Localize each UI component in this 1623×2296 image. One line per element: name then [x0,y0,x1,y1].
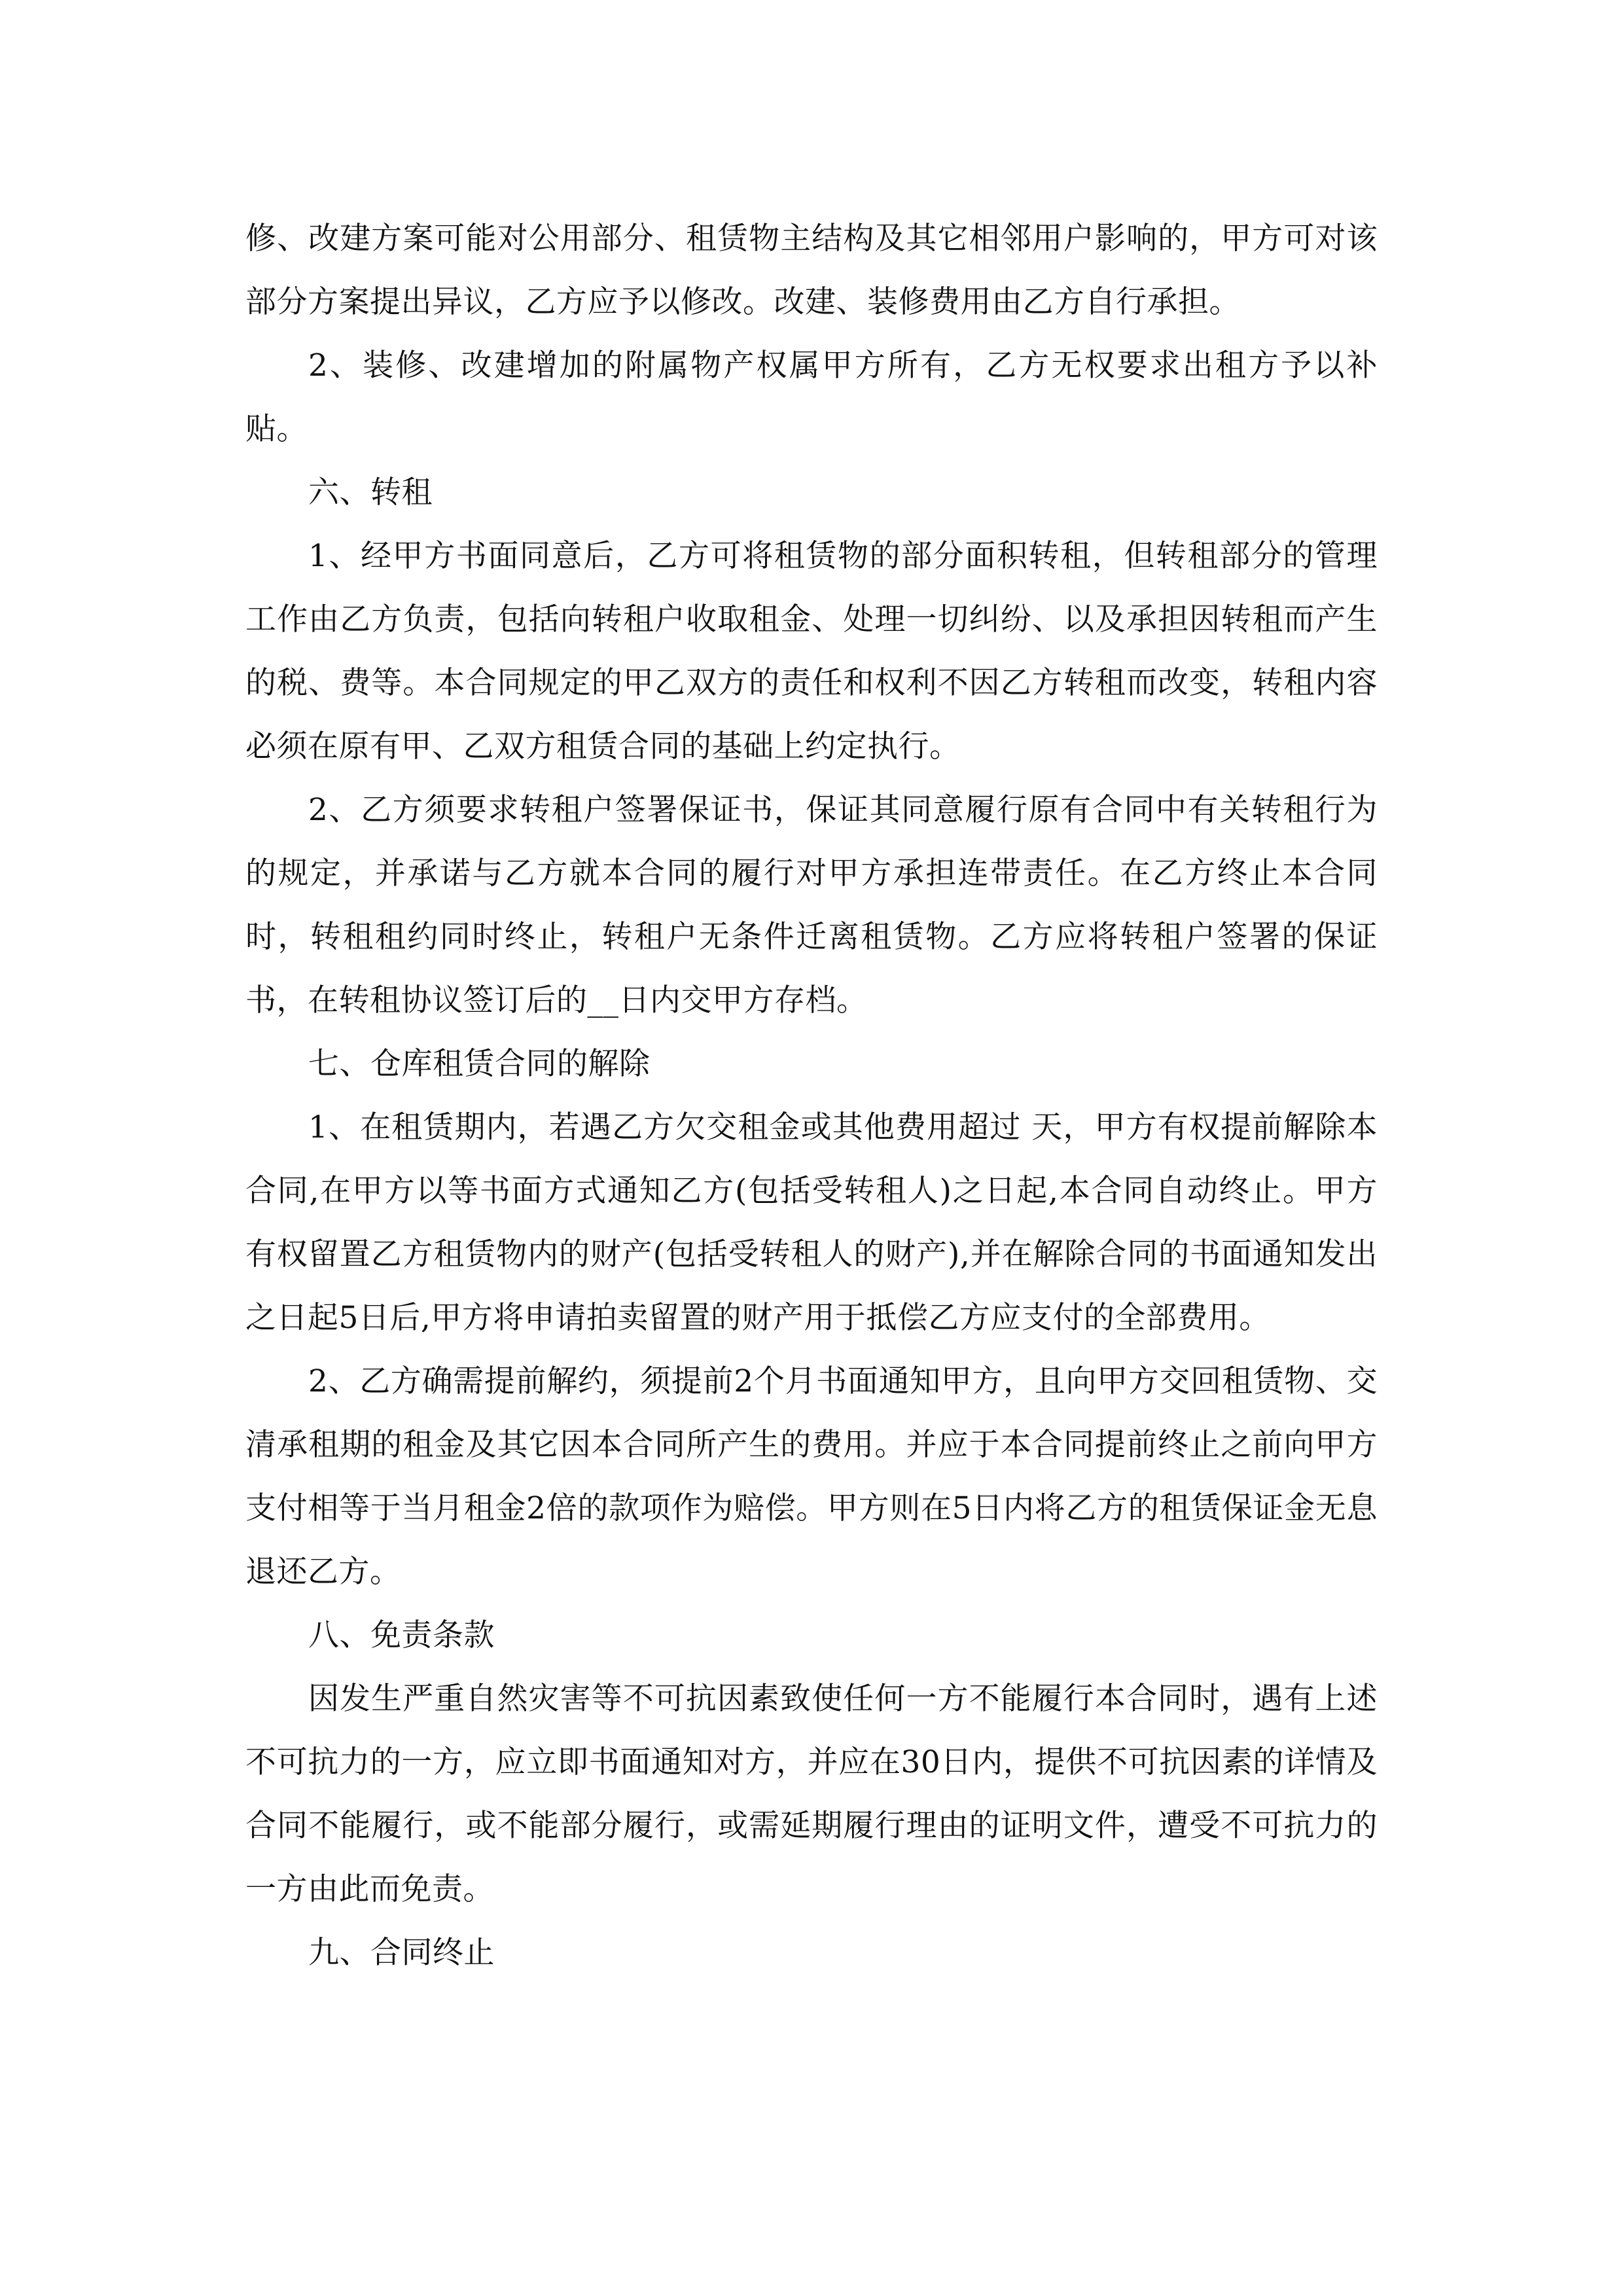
paragraph-sublease-guarantee: 2、乙方须要求转租户签署保证书，保证其同意履行原有合同中有关转租行为的规定，并承… [245,778,1378,1032]
document-page: 修、改建方案可能对公用部分、租赁物主结构及其它相邻用户影响的，甲方可对该部分方案… [245,207,1378,1984]
paragraph-termination-arrears: 1、在租赁期内，若遇乙方欠交租金或其他费用超过 天，甲方有权提前解除本合同,在甲… [245,1096,1378,1350]
section-heading-sublease: 六、转租 [245,461,1378,524]
paragraph-termination-early: 2、乙方确需提前解约，须提前2个月书面通知甲方，且向甲方交回租赁物、交清承租期的… [245,1350,1378,1604]
section-heading-force-majeure: 八、免责条款 [245,1604,1378,1667]
paragraph-renovation-continuation: 修、改建方案可能对公用部分、租赁物主结构及其它相邻用户影响的，甲方可对该部分方案… [245,207,1378,334]
section-heading-termination: 七、仓库租赁合同的解除 [245,1032,1378,1096]
paragraph-renovation-ownership: 2、装修、改建增加的附属物产权属甲方所有，乙方无权要求出租方予以补贴。 [245,334,1378,461]
paragraph-force-majeure: 因发生严重自然灾害等不可抗因素致使任何一方不能履行本合同时，遇有上述不可抗力的一… [245,1667,1378,1921]
section-heading-contract-end: 九、合同终止 [245,1921,1378,1984]
paragraph-sublease-consent: 1、经甲方书面同意后，乙方可将租赁物的部分面积转租，但转租部分的管理工作由乙方负… [245,524,1378,778]
